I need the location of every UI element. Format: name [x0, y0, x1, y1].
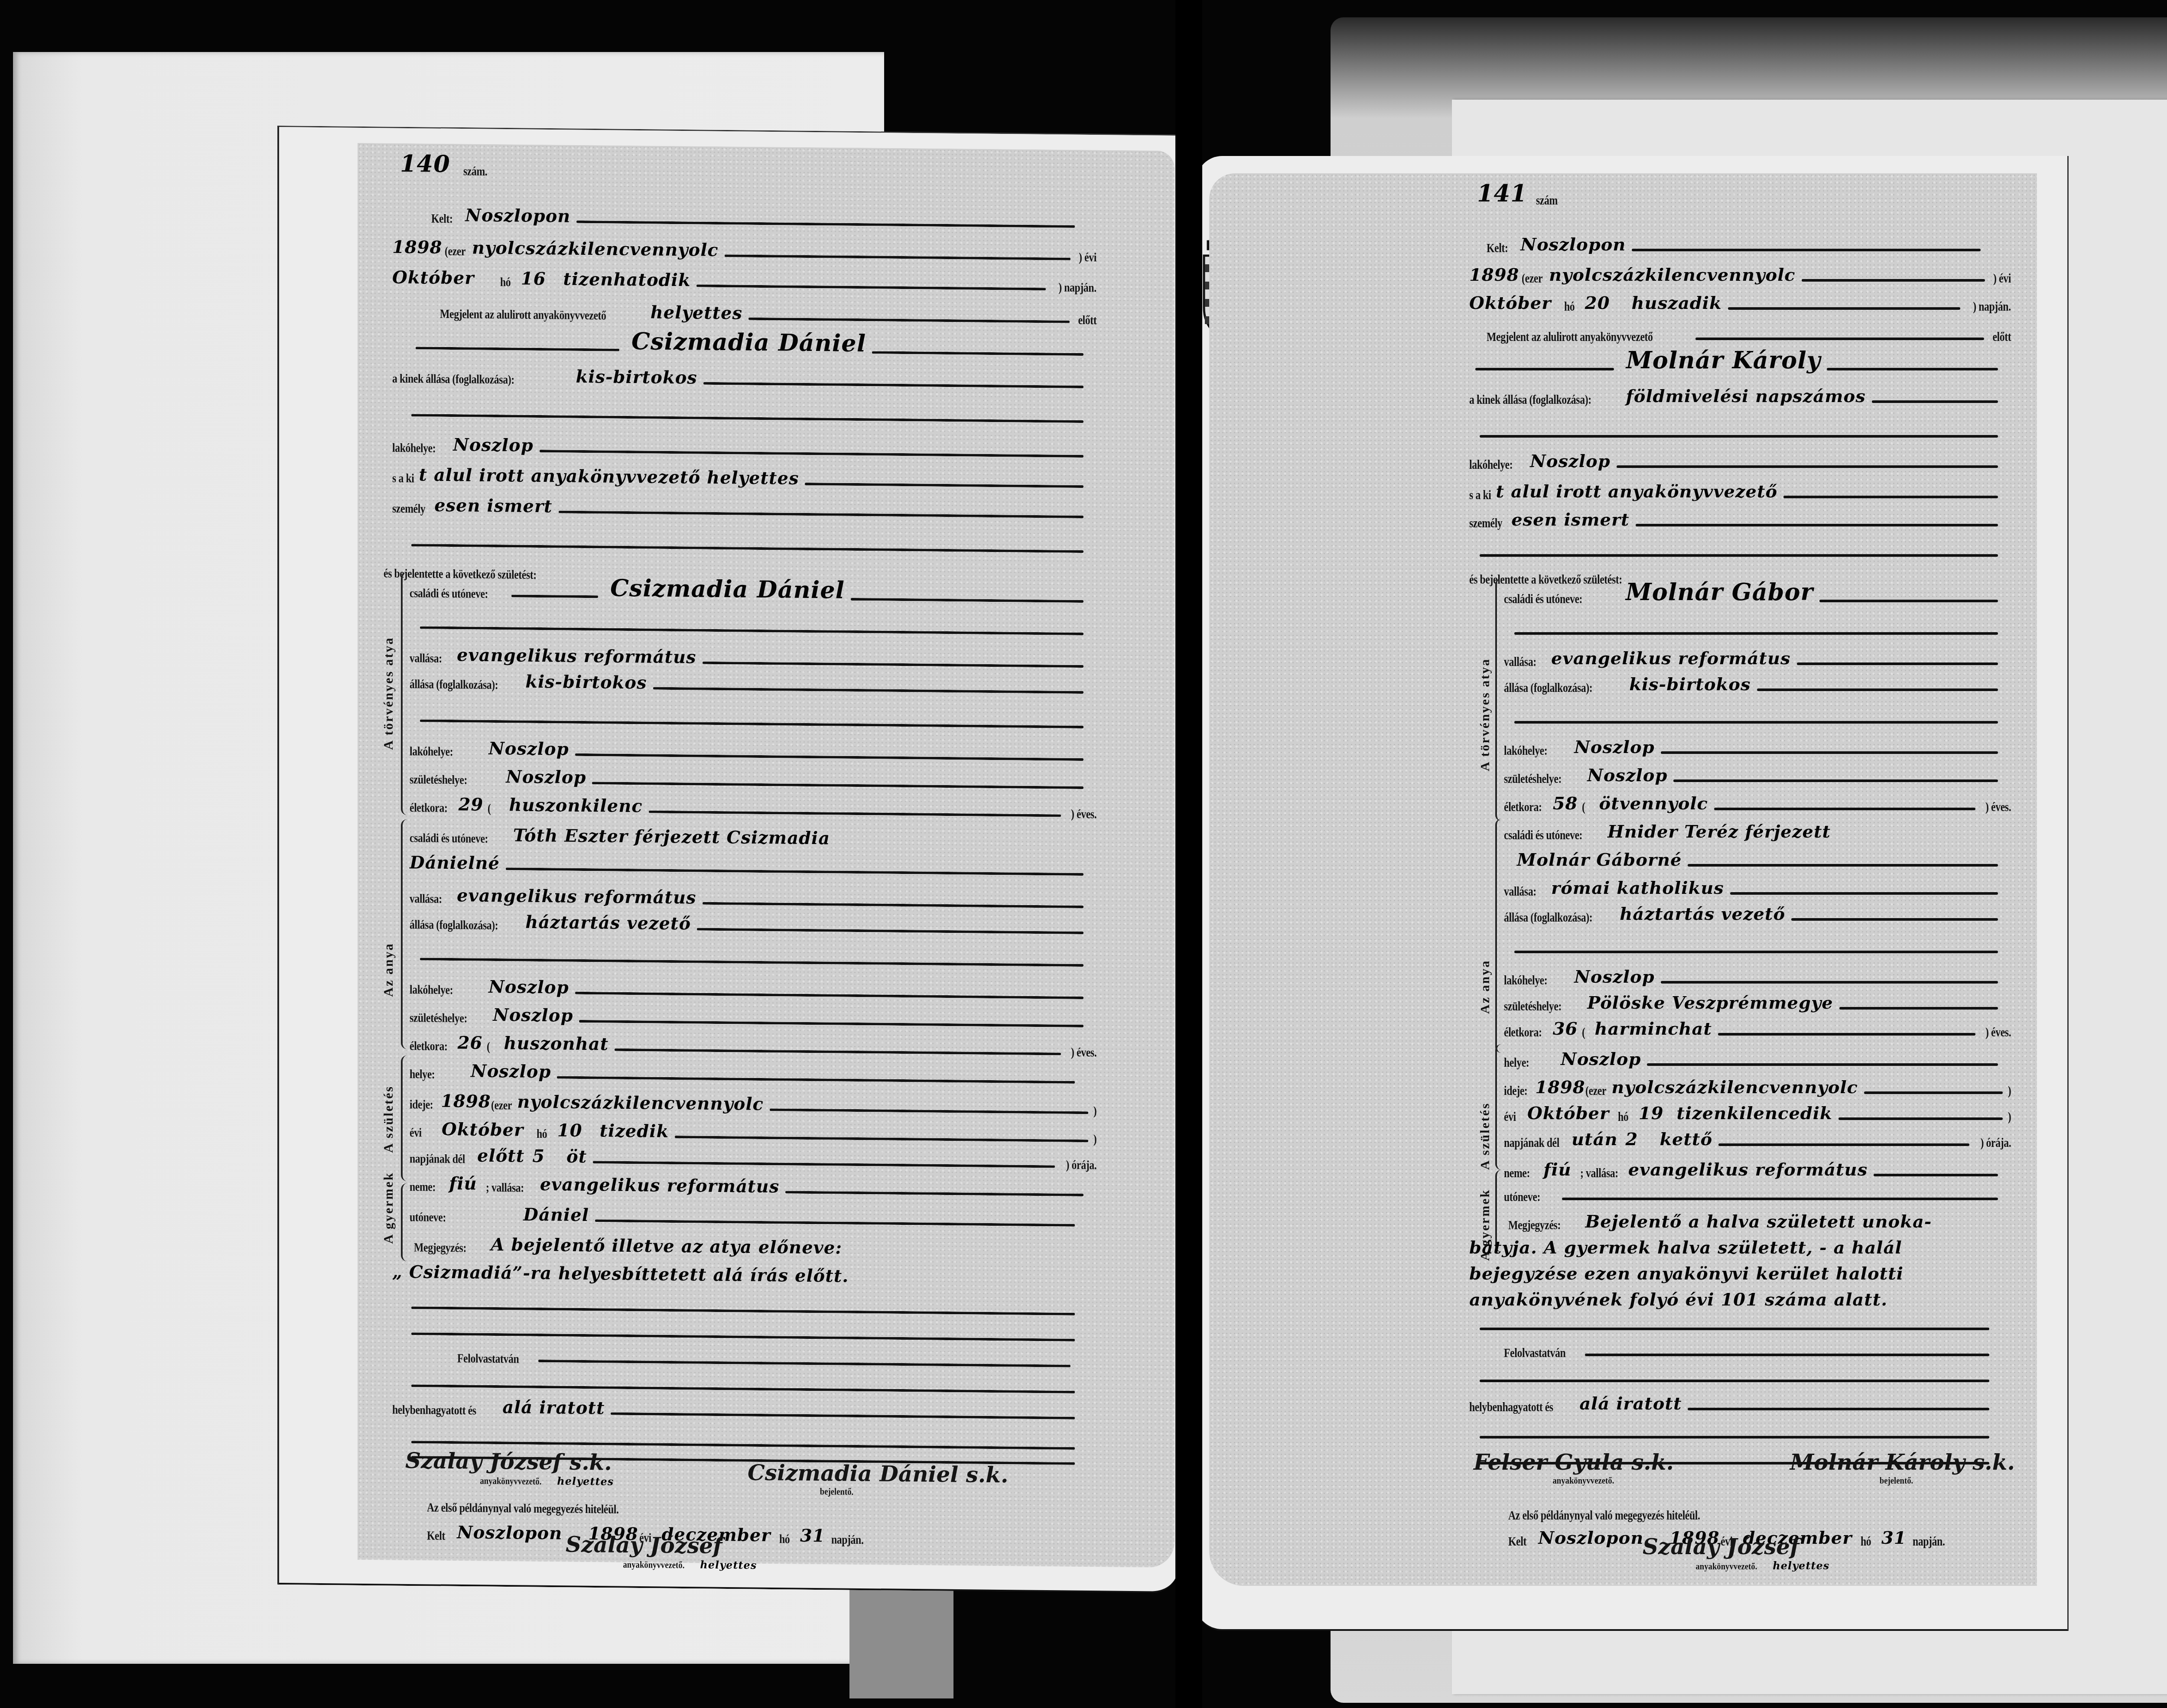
- registrar-signature: Szalay József s.k.: [405, 1448, 614, 1475]
- cert-signature-block: Szalay József anyakönyvvezető. helyettes: [1643, 1534, 1829, 1572]
- declarant-name: Csizmadia Dániel: [631, 327, 866, 358]
- declarant-signature: Csizmadia Dániel s.k.: [748, 1460, 1008, 1488]
- label-szemely: személy: [392, 502, 425, 516]
- section-birth: A születés: [381, 1085, 396, 1153]
- father-occupation: kis-birtokos: [1629, 674, 1751, 695]
- label-allasa: állása (foglalkozása):: [410, 677, 498, 692]
- father-name: Molnár Gábor: [1626, 578, 1813, 607]
- declarant-name: Molnár Károly: [1626, 346, 1821, 375]
- cert-day: 31: [1881, 1528, 1907, 1549]
- label-szam: szám.: [463, 164, 487, 179]
- declarant-signature-block: Csizmadia Dániel s.k. bejelentő.: [748, 1460, 1008, 1499]
- month: Október: [392, 267, 474, 289]
- section-father: A törvényes atya: [381, 636, 396, 750]
- father-occupation: kis-birtokos: [525, 672, 647, 694]
- cert-signature: Szalay József: [566, 1532, 757, 1559]
- section-mother: Az anya: [381, 942, 396, 997]
- known-how: esen ismert: [434, 495, 552, 518]
- section-mother: Az anya: [1478, 960, 1493, 1014]
- cert-day: 31: [800, 1526, 825, 1547]
- section-child: A gyermek: [381, 1172, 396, 1244]
- declarant-occupation: földmivelési napszámos: [1626, 386, 1866, 407]
- section-birth: A születés: [1478, 1102, 1493, 1170]
- cert-signature: Szalay József: [1643, 1534, 1829, 1559]
- registrar-signature: Felser Gyula s.k.: [1474, 1449, 1674, 1475]
- section-father: A törvényes atya: [1478, 658, 1493, 771]
- birth-record-140: 140 szám. Kelt: Noszlopon 1898 (ezer nyo…: [358, 143, 1175, 1568]
- declarant-occupation: kis-birtokos: [576, 367, 697, 389]
- cert-place: Noszlopon: [1538, 1528, 1643, 1549]
- birth-record-141: 141 szám Kelt: Noszlopon 1898 (ezer nyol…: [1209, 173, 2037, 1586]
- entry-number: 140: [400, 149, 450, 179]
- label-szam: szám: [1536, 194, 1558, 208]
- label-kinek-allasa: a kinek állása (foglalkozása):: [392, 372, 514, 387]
- father-name: Csizmadia Dániel: [610, 574, 845, 605]
- cert-signature-block: Szalay József anyakönyvvezető. helyettes: [566, 1532, 757, 1572]
- registrar-signature-block: Felser Gyula s.k. anyakönyvvezető.: [1474, 1449, 1674, 1486]
- cert-place: Noszlopon: [457, 1522, 562, 1544]
- declarant-signature-block: Molnár Károly s.k. bejelentő.: [1790, 1449, 2015, 1486]
- entry-number: 141: [1477, 179, 1527, 208]
- book-spine: [1175, 0, 1202, 1708]
- declarant-signature: Molnár Károly s.k.: [1790, 1449, 2015, 1475]
- day: 16: [521, 269, 546, 290]
- mother-occupation: háztartás vezető: [1620, 904, 1785, 925]
